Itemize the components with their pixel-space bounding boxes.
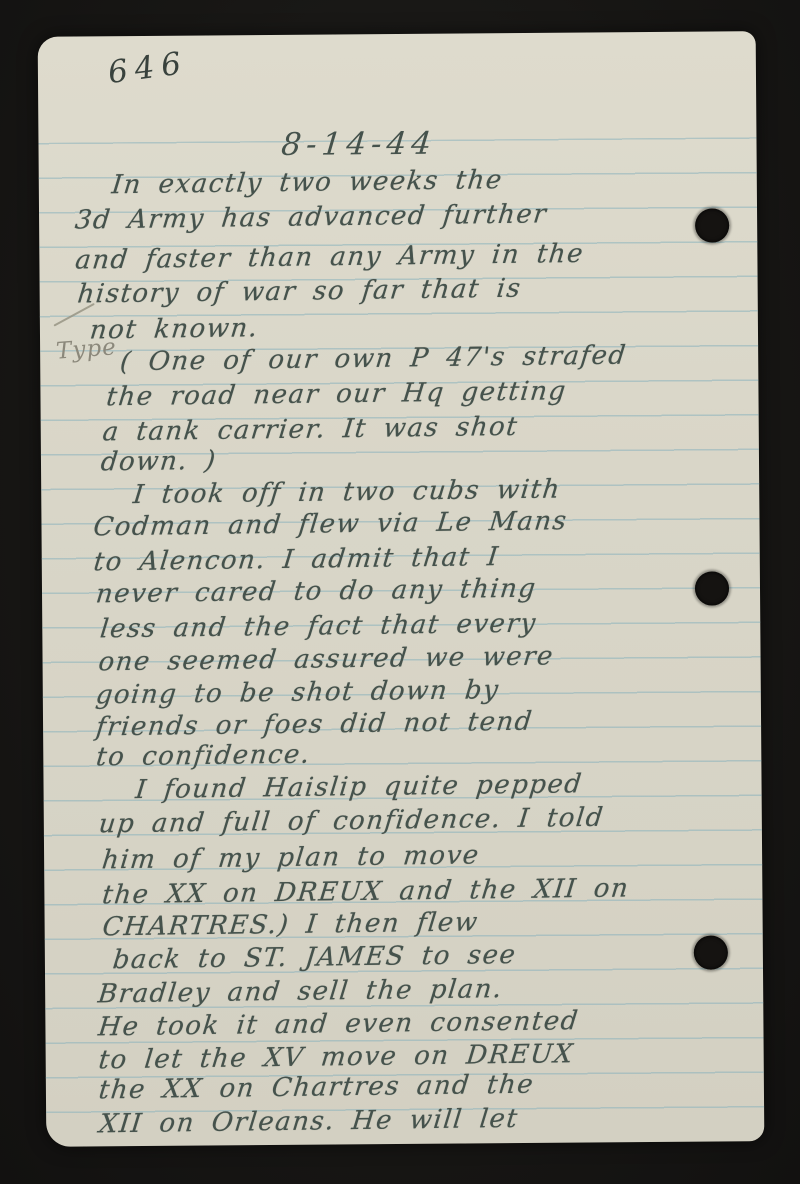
page-number: 646 xyxy=(106,45,190,91)
punch-hole-top xyxy=(695,208,729,242)
scanned-diary-page: 646 8-14-44 Type In exactly two weeks th… xyxy=(0,0,800,1184)
handwritten-line: 3d Army has advanced further xyxy=(73,196,549,238)
punch-hole-middle xyxy=(695,571,729,605)
handwritten-line: down. ) xyxy=(99,443,218,481)
punch-hole-bottom xyxy=(694,935,728,969)
handwritten-line: XII on Orleans. He will let xyxy=(97,1101,520,1143)
notebook-paper: 646 8-14-44 Type In exactly two weeks th… xyxy=(38,31,765,1147)
entry-date: 8-14-44 xyxy=(280,126,438,163)
handwritten-line: up and full of confidence. I told xyxy=(97,800,606,843)
handwritten-line: history of war so far that is xyxy=(76,271,524,313)
